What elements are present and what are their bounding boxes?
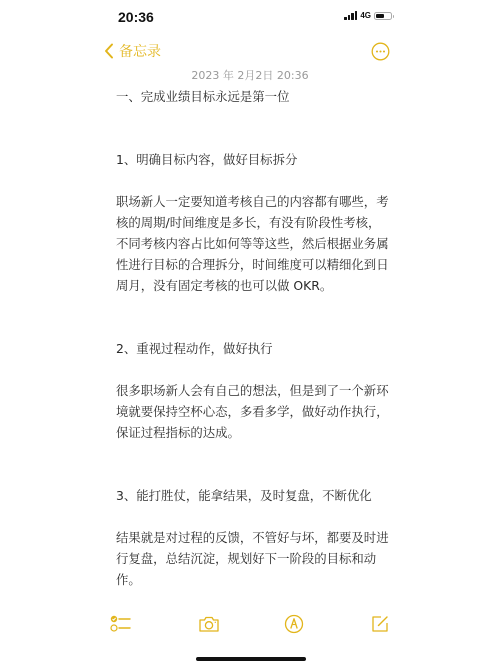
back-button[interactable]: 备忘录	[104, 41, 161, 61]
home-indicator[interactable]	[196, 657, 306, 661]
battery-icon	[374, 12, 392, 20]
status-bar: 20:36 4G	[100, 8, 400, 28]
section-body: 很多职场新人会有自己的想法，但是到了一个新环境就要保持空杯心态，多看多学，做好动…	[116, 380, 392, 443]
section-heading: 1、明确目标内容，做好目标拆分	[116, 149, 392, 170]
ellipsis-circle-icon	[371, 42, 390, 61]
note-title: 一、完成业绩目标永远是第一位	[116, 86, 392, 107]
note-body[interactable]: 一、完成业绩目标永远是第一位 1、明确目标内容，做好目标拆分 职场新人一定要知道…	[116, 86, 392, 590]
signal-icon	[344, 11, 357, 20]
back-label: 备忘录	[119, 41, 161, 61]
checklist-icon	[110, 614, 132, 634]
status-time: 20:36	[118, 9, 154, 25]
chevron-left-icon	[104, 43, 114, 59]
camera-icon	[198, 614, 220, 634]
checklist-button[interactable]	[110, 614, 132, 638]
section-heading: 3、能打胜仗，能拿结果，及时复盘，不断优化	[116, 485, 392, 506]
camera-button[interactable]	[198, 614, 220, 638]
compose-button[interactable]	[370, 614, 390, 638]
section-body: 结果就是对过程的反馈，不管好与坏，都要及时进行复盘，总结沉淀，规划好下一阶段的目…	[116, 527, 392, 590]
section-body: 职场新人一定要知道考核自己的内容都有哪些，考核的周期/时间维度是多长，有没有阶段…	[116, 191, 392, 296]
note-date: 2023 年 2月2日 20:36	[100, 67, 400, 83]
notes-screen: 20:36 4G 备忘录 2023 年 2月2日 2	[100, 0, 400, 667]
bottom-toolbar	[100, 614, 400, 638]
markup-button[interactable]	[284, 614, 304, 638]
section-heading: 2、重视过程动作，做好执行	[116, 338, 392, 359]
markup-pen-icon	[284, 614, 304, 634]
compose-icon	[370, 614, 390, 634]
nav-bar: 备忘录	[100, 40, 400, 64]
more-button[interactable]	[371, 42, 390, 65]
status-indicators: 4G	[344, 11, 392, 20]
network-type: 4G	[360, 11, 371, 20]
